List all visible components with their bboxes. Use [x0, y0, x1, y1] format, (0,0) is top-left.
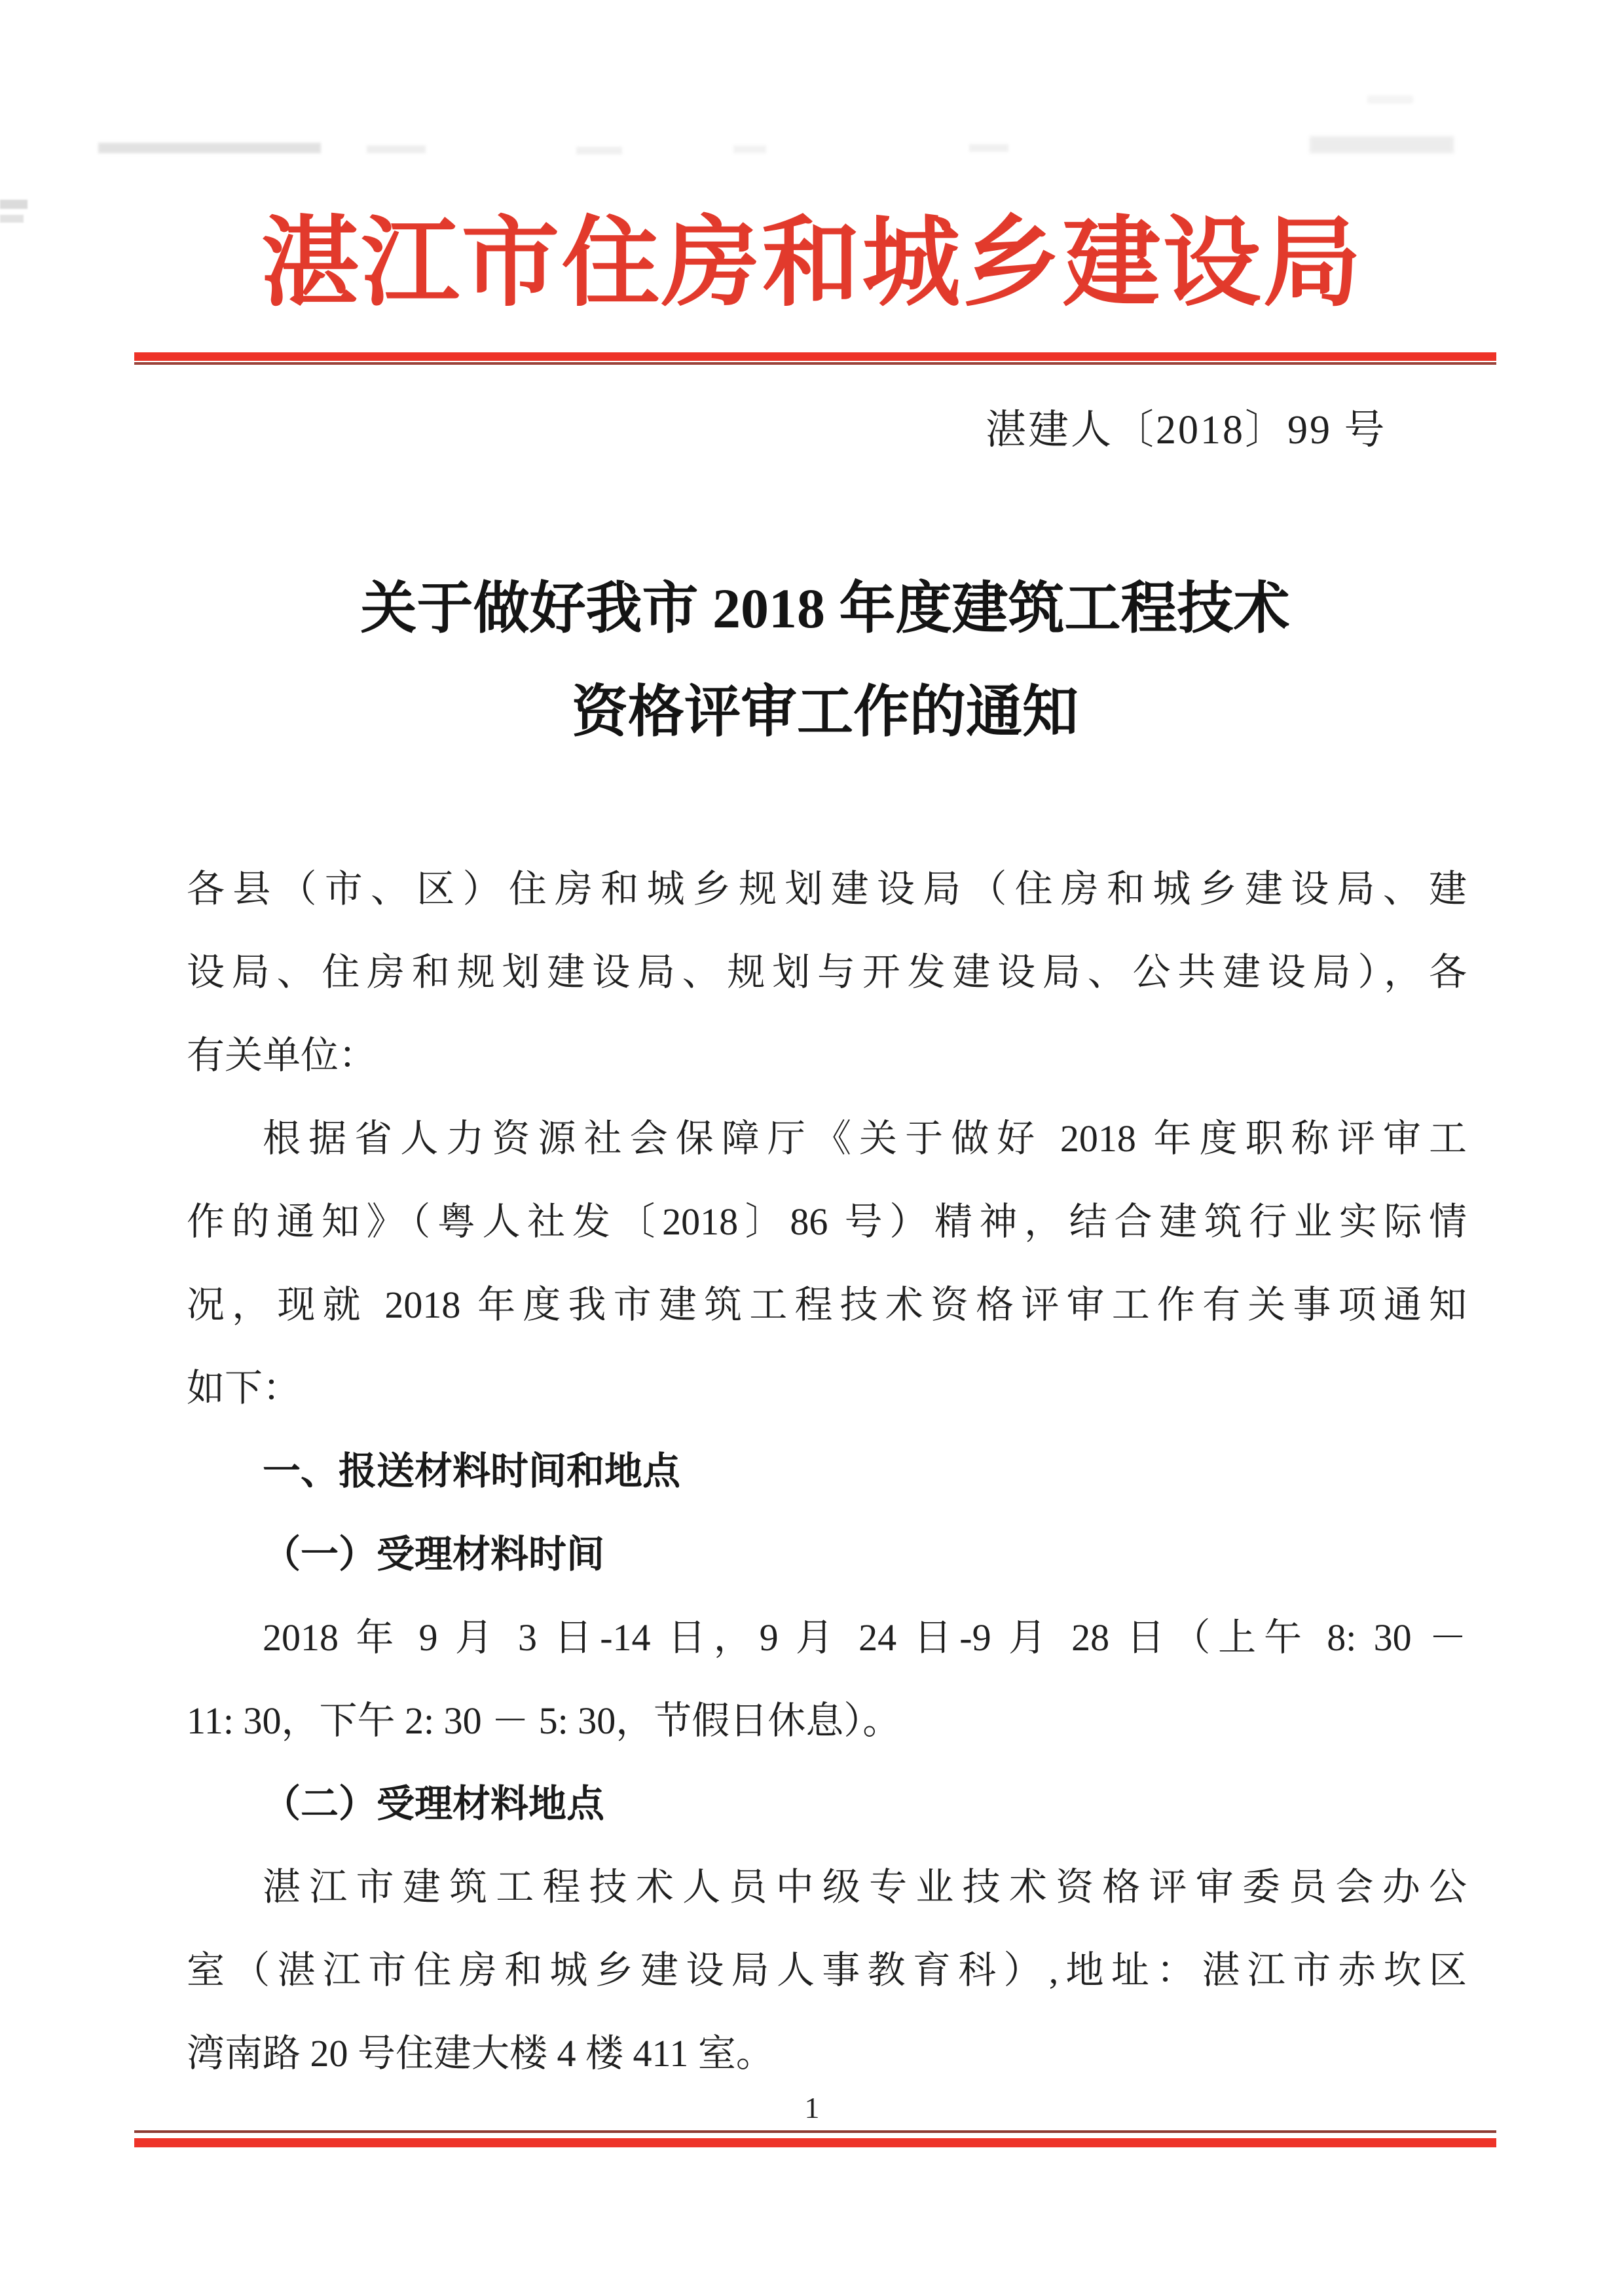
scan-artifact: [1367, 96, 1413, 103]
body-line: 一、报送材料时间和地点: [187, 1430, 1467, 1513]
document-number: 湛建人〔2018〕99 号: [986, 397, 1387, 455]
body-line: 设局、住房和规划建设局、规划与开发建设局、公共建设局），各: [187, 931, 1467, 1014]
body-line: （二）受理材料地点: [187, 1762, 1467, 1845]
document-title-line-2: 资格评审工作的通知: [183, 660, 1467, 764]
body-line: 11: 30，下午 2: 30 － 5: 30，节假日休息）。: [187, 1679, 1467, 1762]
letterhead-rule-thick: [134, 352, 1496, 361]
body-text: 各县（市、区）住房和城乡规划建设局（住房和城乡建设局、建设局、住房和规划建设局、…: [187, 847, 1467, 2095]
scan-artifact: [576, 147, 622, 155]
scan-artifact: [969, 144, 1008, 152]
scan-artifact: [367, 145, 426, 153]
body-line: （一）受理材料时间: [187, 1513, 1467, 1596]
scan-artifact: [1310, 136, 1454, 153]
scan-artifact: [98, 143, 321, 153]
body-line: 湾南路 20 号住建大楼 4 楼 411 室。: [187, 2012, 1467, 2095]
body-line: 2018 年 9 月 3 日-14 日，9 月 24 日-9 月 28 日（上午…: [187, 1596, 1467, 1679]
agency-name: 湛江市住房和城乡建设局: [0, 208, 1624, 320]
scan-artifact: [0, 200, 28, 209]
scan-artifact: [733, 145, 766, 153]
footer-rule-thin: [134, 2130, 1496, 2133]
body-line: 如下：: [187, 1346, 1467, 1430]
body-line: 有关单位：: [187, 1014, 1467, 1097]
page-number: 1: [0, 2090, 1624, 2125]
body-line: 况，现就 2018 年度我市建筑工程技术资格评审工作有关事项通知: [187, 1263, 1467, 1346]
body-line: 作的通知》（粤人社发〔2018〕86 号）精神，结合建筑行业实际情: [187, 1180, 1467, 1263]
document-title-line-1: 关于做好我市 2018 年度建筑工程技术: [183, 557, 1467, 660]
document-page: 湛江市住房和城乡建设局 湛建人〔2018〕99 号 关于做好我市 2018 年度…: [0, 0, 1624, 2296]
letterhead-rule-thin: [134, 362, 1496, 365]
document-title: 关于做好我市 2018 年度建筑工程技术 资格评审工作的通知: [183, 557, 1467, 764]
body-line: 根据省人力资源社会保障厅《关于做好 2018 年度职称评审工: [187, 1097, 1467, 1180]
footer-rule-thick: [134, 2138, 1496, 2147]
body-line: 湛江市建筑工程技术人员中级专业技术资格评审委员会办公: [187, 1845, 1467, 1929]
body-line: 各县（市、区）住房和城乡规划建设局（住房和城乡建设局、建: [187, 847, 1467, 931]
body-line: 室（湛江市住房和城乡建设局人事教育科）,地址：湛江市赤坎区: [187, 1929, 1467, 2012]
